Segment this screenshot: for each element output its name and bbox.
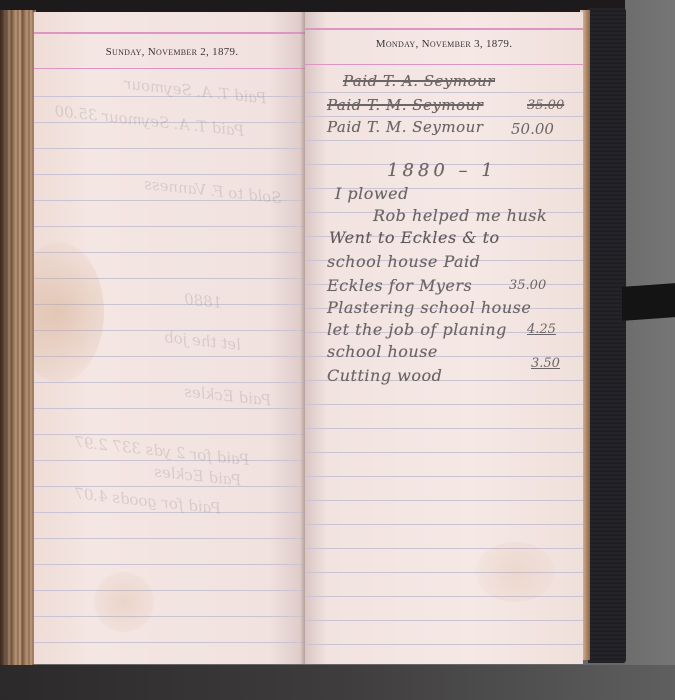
bleed-through-text: Paid Eckles: [183, 382, 272, 409]
ribbon-bookmark[interactable]: [622, 283, 675, 321]
paper-stain: [32, 242, 104, 382]
diary-entry: school house: [327, 342, 438, 361]
bleed-through-text: Paid T. A. Seymour 35.00: [54, 102, 246, 140]
header-rule-bottom: [34, 68, 310, 69]
bleed-through-text: Paid T. A. Seymour: [123, 75, 267, 108]
diary-entry: Eckles for Myers: [327, 276, 472, 295]
left-page: Sunday, November 2, 1879. Paid T. A. Sey…: [32, 12, 310, 664]
background-top: [0, 0, 675, 12]
diary-entry: I plowed: [335, 184, 409, 203]
stacked-page-edges: [0, 10, 36, 665]
diary-entry-struck: Paid T. A. Seymour: [343, 72, 495, 90]
diary-entry: Plastering school house: [327, 298, 531, 317]
background-bottom: [0, 665, 675, 700]
paper-stain: [475, 542, 555, 602]
bleed-through-text: 1880: [183, 290, 223, 312]
diary-entry-struck: Paid T. M. Seymour: [327, 96, 483, 114]
entry-amount: 35.00: [509, 278, 546, 293]
diary-entry: Cutting wood: [327, 366, 442, 385]
book-cover-spine: [588, 8, 626, 663]
entry-amount: 50.00: [511, 120, 554, 138]
diary-entry: Paid T. M. Seymour: [327, 118, 483, 136]
entry-amount: 35.00: [527, 98, 564, 113]
header-rule-top: [34, 32, 310, 34]
header-rule-top: [305, 28, 583, 30]
diary-entry: Went to Eckles & to: [329, 228, 500, 247]
diary-entry: Rob helped me husk: [373, 206, 547, 225]
diary-entry: school house Paid: [327, 252, 480, 271]
entry-amount: 3.50: [531, 356, 560, 371]
date-heading: Monday, November 3, 1879.: [305, 38, 583, 50]
bleed-through-text: let the job: [163, 328, 242, 354]
bleed-through-text: Sold to F. Vanness: [143, 175, 282, 207]
background-right: [625, 0, 675, 700]
date-heading: Sunday, November 2, 1879.: [34, 46, 310, 58]
entry-amount: 4.25: [527, 322, 556, 337]
right-page: Monday, November 3, 1879. Paid T. A. Sey…: [305, 12, 583, 664]
diary-entry: let the job of planing: [327, 320, 507, 339]
paper-stain: [94, 572, 154, 632]
year-notation: 1880 – 1: [387, 160, 497, 181]
header-rule-bottom: [305, 64, 583, 65]
